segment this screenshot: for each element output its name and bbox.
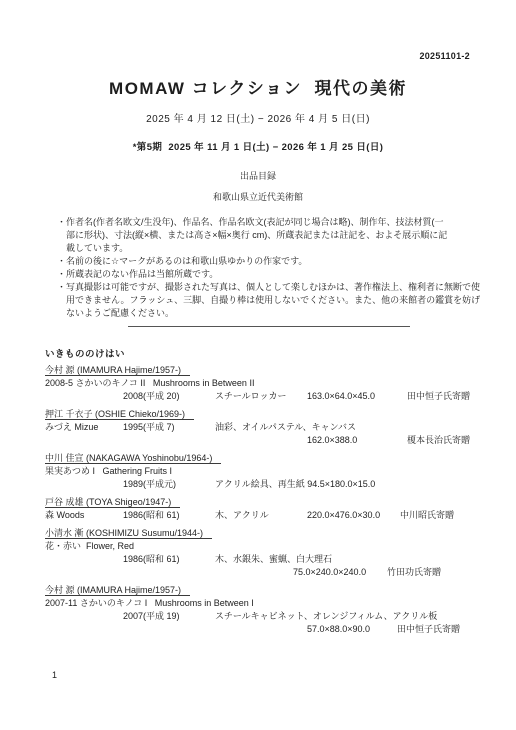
work-field: 2007(平成 19) [123,610,180,623]
work-field: 2007-11 さかいのキノコ I Mushrooms in Between I [45,597,254,610]
work-field: 木、水銀朱、蜜蝋、白大理石 [215,553,332,566]
work-line: 1989(平成元)アクリル絵具、再生紙 94.5×180.0×15.0 [45,478,477,491]
work-field: 森 Woods [45,509,84,522]
work-line: みづえ Mizue1995(平成 7)油彩、オイルパステル、キャンバス [45,421,477,434]
work-field: 1986(昭和 61) [123,553,180,566]
note-line: ・作者名(作者名欧文/生没年)、作品名、作品名欧文(表記が同じ場合は略)、制作年… [57,216,465,229]
work-line: 1986(昭和 61)木、水銀朱、蜜蝋、白大理石 [45,553,477,566]
work-line: 2008-5 さかいのキノコ II Mushrooms in Between I… [45,377,477,390]
document-number: 20251101-2 [419,51,470,61]
artist-name: 押江 千衣子 (OSHIE Chieko/1969-) [45,409,194,420]
artist-line: 今村 源 (IMAMURA Hajime/1957-) [45,584,477,597]
work-line: 162.0×388.0榎本長治氏寄贈 [45,434,477,447]
note-line: ・名前の後に☆マークがあるのは和歌山県ゆかりの作家です。 [57,255,465,268]
work-entry: 中川 佳宣 (NAKAGAWA Yoshinobu/1964-)果実あつめ I … [45,452,477,491]
work-entry: 戸谷 成雄 (TOYA Shigeo/1947-)森 Woods1986(昭和 … [45,496,477,522]
work-field: 1995(平成 7) [123,421,175,434]
work-field: みづえ Mizue [45,421,98,434]
work-field: スチールロッカー [215,390,286,403]
work-field: 田中恒子氏寄贈 [397,623,460,636]
work-field: 75.0×240.0×240.0 [293,566,366,579]
work-line: 花・赤い Flower, Red [45,540,477,553]
work-field: 竹田功氏寄贈 [387,566,441,579]
work-field: 田中恒子氏寄贈 [407,390,470,403]
work-field: 木、アクリル [215,509,269,522]
work-field: 2008(平成 20) [123,390,180,403]
work-entry: 押江 千衣子 (OSHIE Chieko/1969-)みづえ Mizue1995… [45,408,477,447]
list-title: 出品目録 [0,169,516,182]
work-line: 2007(平成 19)スチールキャビネット、オレンジフィルム、アクリル板 [45,610,477,623]
work-entry: 小清水 漸 (KOSHIMIZU Susumu/1944-)花・赤い Flowe… [45,527,477,579]
page-number: 1 [52,670,57,680]
exhibition-date-range: 2025 年 4 月 12 日(土) − 2026 年 4 月 5 日(日) [0,110,516,125]
work-field: アクリル絵具、再生紙 94.5×180.0×15.0 [215,478,375,491]
work-line: 森 Woods1986(昭和 61)木、アクリル220.0×476.0×30.0… [45,509,477,522]
work-field: 果実あつめ I Gathering Fruits I [45,465,172,478]
works-list: 今村 源 (IMAMURA Hajime/1957-)2008-5 さかいのキノ… [45,364,477,641]
artist-line: 中川 佳宣 (NAKAGAWA Yoshinobu/1964-) [45,452,477,465]
artist-line: 戸谷 成雄 (TOYA Shigeo/1947-) [45,496,477,509]
work-field: 榎本長治氏寄贈 [407,434,470,447]
work-line: 2007-11 さかいのキノコ I Mushrooms in Between I [45,597,477,610]
work-field: 1989(平成元) [123,478,176,491]
note-line: 部に形状)、寸法(縦×横、または高さ×幅×奥行 cm)、所蔵表記または註記を、お… [57,229,465,242]
artist-name: 今村 源 (IMAMURA Hajime/1957-) [45,585,190,596]
artist-line: 押江 千衣子 (OSHIE Chieko/1969-) [45,408,477,421]
exhibition-title: MOMAW コレクション 現代の美術 [0,74,516,99]
note-line: 用できません。フラッシュ、三脚、自撮り棒は使用しないでください。また、他の来館者… [57,294,465,307]
section-heading: いきもののけはい [45,346,125,360]
work-field: 2008-5 さかいのキノコ II Mushrooms in Between I… [45,377,254,390]
notes-list: ・作者名(作者名欧文/生没年)、作品名、作品名欧文(表記が同じ場合は略)、制作年… [57,216,465,320]
note-line: ないようご配慮ください。 [57,307,465,320]
work-field: 1986(昭和 61) [123,509,180,522]
work-line: 75.0×240.0×240.0竹田功氏寄贈 [45,566,477,579]
horizontal-divider [128,326,410,327]
work-field: 花・赤い Flower, Red [45,540,134,553]
artist-name: 小清水 漸 (KOSHIMIZU Susumu/1944-) [45,528,212,539]
artist-name: 中川 佳宣 (NAKAGAWA Yoshinobu/1964-) [45,453,221,464]
work-field: 163.0×64.0×45.0 [307,390,375,403]
document-page: 20251101-2 MOMAW コレクション 現代の美術 2025 年 4 月… [0,0,516,730]
artist-name: 戸谷 成雄 (TOYA Shigeo/1947-) [45,497,180,508]
note-line: ・写真撮影は可能ですが、撮影された写真は、個人として楽しむほかは、著作権法上、権… [57,281,465,294]
work-field: 162.0×388.0 [307,434,357,447]
work-entry: 今村 源 (IMAMURA Hajime/1957-)2007-11 さかいのキ… [45,584,477,636]
artist-line: 小清水 漸 (KOSHIMIZU Susumu/1944-) [45,527,477,540]
artist-name: 今村 源 (IMAMURA Hajime/1957-) [45,365,190,376]
work-line: 57.0×88.0×90.0田中恒子氏寄贈 [45,623,477,636]
work-entry: 今村 源 (IMAMURA Hajime/1957-)2008-5 さかいのキノ… [45,364,477,403]
exhibition-period-5: *第5期 2025 年 11 月 1 日(土) − 2026 年 1 月 25 … [0,139,516,153]
work-field: 57.0×88.0×90.0 [307,623,370,636]
work-field: 中川昭氏寄贈 [400,509,454,522]
note-line: 載しています。 [57,242,465,255]
work-field: 油彩、オイルパステル、キャンバス [215,421,356,434]
museum-name: 和歌山県立近代美術館 [0,190,516,203]
work-field: スチールキャビネット、オレンジフィルム、アクリル板 [215,610,437,623]
note-line: ・所蔵表記のない作品は当館所蔵です。 [57,268,465,281]
work-field: 220.0×476.0×30.0 [307,509,380,522]
work-line: 2008(平成 20)スチールロッカー163.0×64.0×45.0田中恒子氏寄… [45,390,477,403]
artist-line: 今村 源 (IMAMURA Hajime/1957-) [45,364,477,377]
work-line: 果実あつめ I Gathering Fruits I [45,465,477,478]
